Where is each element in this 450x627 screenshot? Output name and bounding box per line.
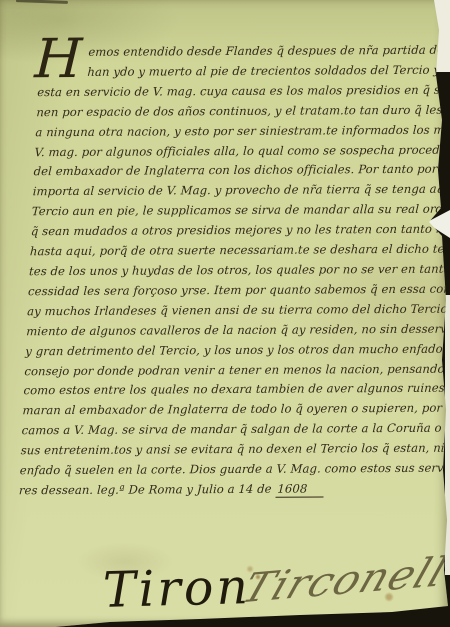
letter-line: miento de algunos cavalleros de la nacio… (26, 319, 433, 341)
letter-line: camos a V. Mag. se sirva de mandar q̃ sa… (21, 419, 428, 441)
letter-line: importa al servicio de V. Mag. y provech… (32, 180, 439, 202)
initial-capital: H (34, 39, 83, 79)
manuscript-photo: H emos entendido desde Flandes q̃ despue… (0, 0, 450, 627)
closing-text: res dessean. leg.ª De Roma y Julio a 14 … (19, 482, 272, 498)
letter-line: nen por espacio de dos años continuos, y… (36, 100, 443, 122)
letter-line: sus entretenim.tos y ansi se evitara q̃ … (20, 439, 427, 461)
date-underlined: 1608 (275, 481, 324, 497)
letter-line: emos entendido desde Flandes q̃ despues … (39, 41, 446, 63)
closing-line: res dessean. leg.ª De Roma y Julio a 14 … (18, 479, 425, 501)
letter-line: V. mag. por algunos officiales alla, lo … (34, 140, 441, 162)
manuscript-page: H emos entendido desde Flandes q̃ despue… (0, 0, 450, 627)
letter-line: cessidad les sera forçoso yrse. Item por… (28, 280, 435, 302)
letter-line: ay muchos Irlandeses q̃ vienen ansi de s… (27, 300, 434, 322)
letter-line: han ydo y muerto al pie de trecientos so… (38, 61, 445, 83)
letter-line: hasta aqui, porq̃ de otra suerte necessa… (29, 240, 436, 262)
signature-tyrconnell: Tirconell (236, 548, 450, 613)
letter-line: tes de los unos y huydas de los otros, l… (29, 260, 436, 282)
letter-line: maran al embaxador de Inglaterra de todo… (22, 399, 429, 421)
letter-line: y gran detrimento del Tercio, y los unos… (25, 339, 432, 361)
letter-line: del embaxador de Inglaterra con los dich… (33, 160, 440, 182)
letter-line: a ninguna otra nacion, y esto por ser si… (35, 120, 442, 142)
letter-line: consejo por donde podran venir a tener e… (24, 359, 431, 381)
letter-line: q̃ sean mudados a otros presidios mejore… (30, 220, 437, 242)
edge-smudge (16, 0, 68, 4)
letter-line: como estos entre los quales no dexara ta… (23, 379, 430, 401)
letter-line: enfado q̃ suelen en la corte. Dios guard… (19, 459, 426, 481)
letter-body: H emos entendido desde Flandes q̃ despue… (18, 41, 445, 501)
letter-line: Tercio aun en pie, le supplicamos se sir… (31, 200, 438, 222)
letter-line: esta en servicio de V. mag. cuya causa e… (37, 81, 444, 103)
signature-tyrone: Tiron (102, 558, 251, 619)
